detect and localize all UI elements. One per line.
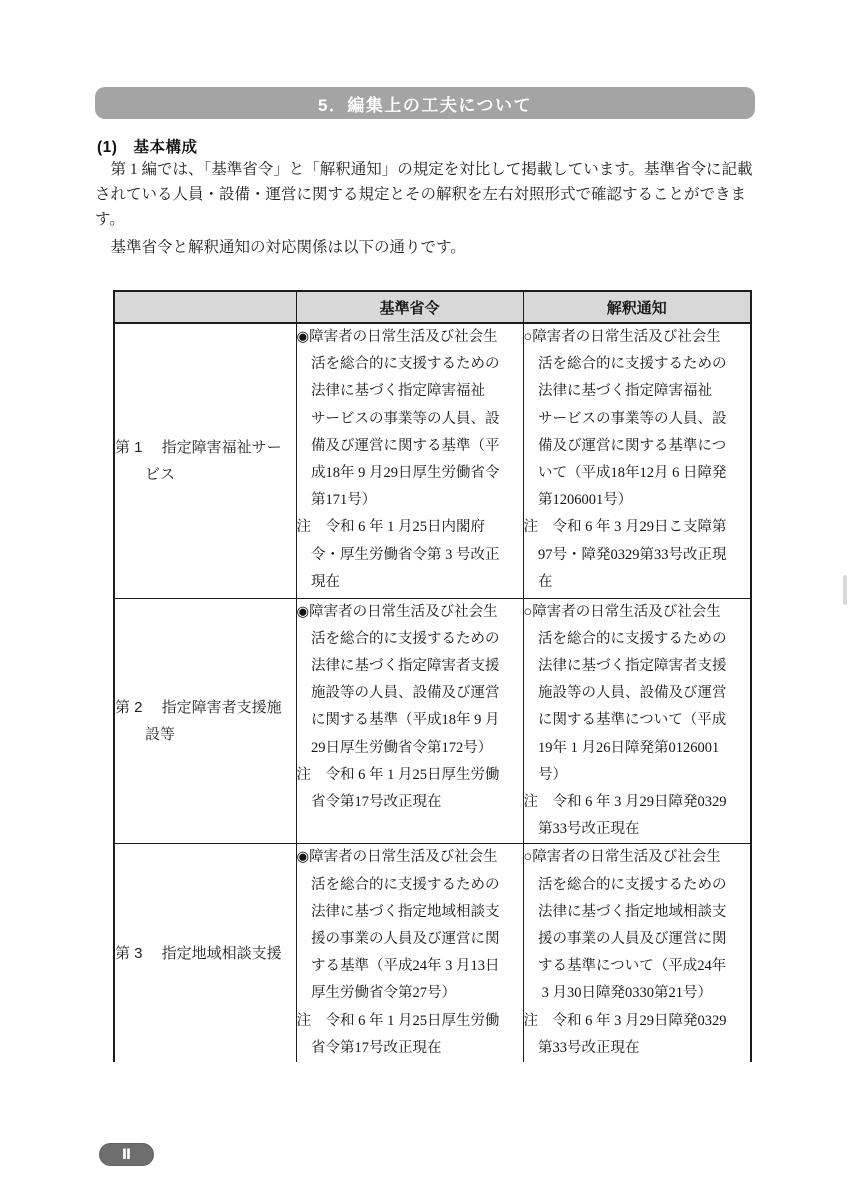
document-page: 5．編集上の工夫について (1) 基本構成 第 1 編では、「基準省令」と「解釈… [0, 0, 850, 1200]
kijun-cell-dai1: ◉障害者の日常生活及び社会生 活を総合的に支援するための 法律に基づく指定障害福… [296, 323, 523, 598]
kaishaku-cell-dai1: ○障害者の日常生活及び社会生 活を総合的に支援するための 法律に基づく指定障害福… [523, 323, 751, 598]
subsection-heading: (1) 基本構成 [97, 135, 197, 157]
table-row: 第 3 指定地域相談支援 ◉障害者の日常生活及び社会生 活を総合的に支援するため… [114, 844, 751, 1062]
row-label-dai3: 第 3 指定地域相談支援 [114, 844, 296, 1062]
kaishaku-column-header: 解釈通知 [523, 291, 751, 323]
page-number: Ⅱ [122, 1146, 131, 1163]
row-label-dai1: 第 1 指定障害福祉サー ビス [114, 323, 296, 598]
kijun-kaishaku-comparison-table: 基準省令 解釈通知 第 1 指定障害福祉サー ビス ◉障害者の日常生活及び社会生… [113, 290, 752, 1062]
label-column-header [114, 291, 296, 323]
lead-in-paragraph: 基準省令と解釈通知の対応関係は以下の通りです。 [95, 235, 775, 260]
body-text: 第 1 編では、「基準省令」と「解釈通知」の規定を対比して掲載しています。基準省… [95, 157, 775, 260]
table-header-row: 基準省令 解釈通知 [114, 291, 751, 323]
section-banner: 5．編集上の工夫について [95, 87, 755, 119]
page-number-badge: Ⅱ [99, 1143, 154, 1166]
scan-edge-artifact [843, 575, 847, 605]
kijun-cell-dai2: ◉障害者の日常生活及び社会生 活を総合的に支援するための 法律に基づく指定障害者… [296, 598, 523, 844]
kaishaku-cell-dai2: ○障害者の日常生活及び社会生 活を総合的に支援するための 法律に基づく指定障害者… [523, 598, 751, 844]
table-row: 第 2 指定障害者支援施 設等 ◉障害者の日常生活及び社会生 活を総合的に支援す… [114, 598, 751, 844]
kijun-cell-dai3: ◉障害者の日常生活及び社会生 活を総合的に支援するための 法律に基づく指定地域相… [296, 844, 523, 1062]
page-title: 5．編集上の工夫について [318, 91, 532, 116]
kijun-column-header: 基準省令 [296, 291, 523, 323]
row-label-dai2: 第 2 指定障害者支援施 設等 [114, 598, 296, 844]
kaishaku-cell-dai3: ○障害者の日常生活及び社会生 活を総合的に支援するための 法律に基づく指定地域相… [523, 844, 751, 1062]
table-row: 第 1 指定障害福祉サー ビス ◉障害者の日常生活及び社会生 活を総合的に支援す… [114, 323, 751, 598]
intro-paragraph: 第 1 編では、「基準省令」と「解釈通知」の規定を対比して掲載しています。基準省… [95, 157, 775, 232]
